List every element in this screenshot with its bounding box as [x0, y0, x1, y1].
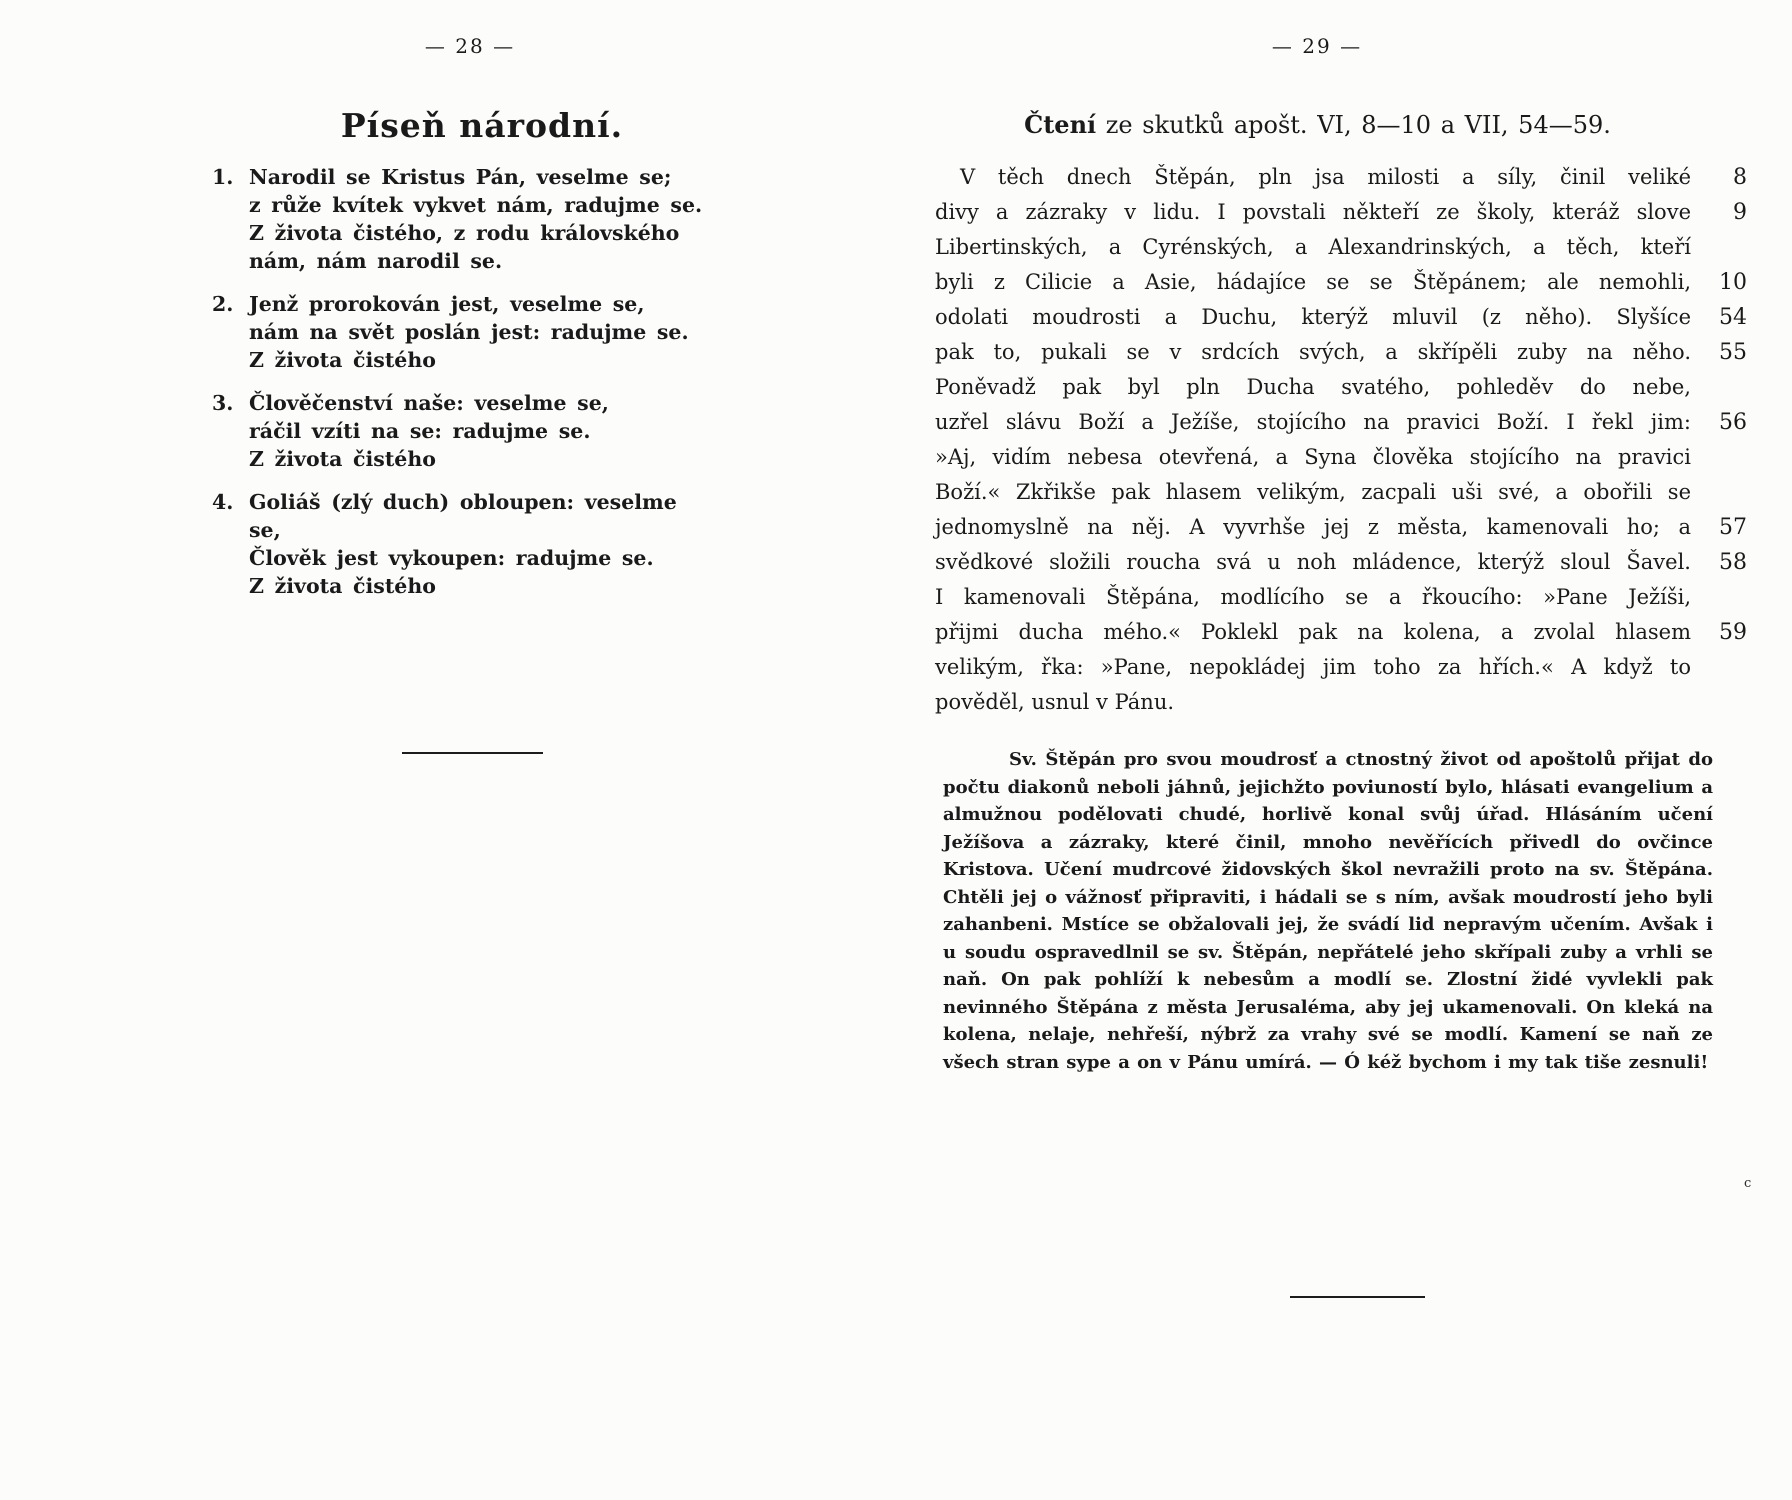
commentary-paragraph: Sv. Štěpán pro svou moudrosť a ctnostný …: [943, 746, 1713, 1076]
verse-ref-number: 55: [1697, 335, 1747, 370]
reading-line-text: Boží.« Zkřikše pak hlasem velikým, zacpa…: [935, 475, 1691, 510]
reading-line: pak to, pukali se v srdcích svých, a skř…: [935, 335, 1747, 370]
verse-ref-number: 54: [1697, 300, 1747, 335]
scripture-reading: V těch dnech Štěpán, pln jsa milosti a s…: [935, 160, 1747, 720]
reading-line: odolati moudrosti a Duchu, kterýž mluvil…: [935, 300, 1747, 335]
reading-line-text: Poněvadž pak byl pln Ducha svatého, pohl…: [935, 370, 1691, 405]
reading-heading-label: Čtení: [1024, 110, 1096, 139]
reading-line: jednomyslně na něj. A vyvrhše jej z měst…: [935, 510, 1747, 545]
reading-line-text: Libertinských, a Cyrénských, a Alexandri…: [935, 230, 1691, 265]
verse-ref-number: 8: [1697, 160, 1747, 195]
reading-line: Boží.« Zkřikše pak hlasem velikým, zacpa…: [935, 475, 1747, 510]
reading-line: »Aj, vidím nebesa otevřená, a Syna člově…: [935, 440, 1747, 475]
reading-line-text: pověděl, usnul v Pánu.: [935, 685, 1691, 720]
verse-ref-number: 10: [1697, 265, 1747, 300]
reading-line: pověděl, usnul v Pánu.: [935, 685, 1747, 720]
page-number-right: — 29 —: [1117, 34, 1517, 58]
verse-ref-number: 56: [1697, 405, 1747, 440]
reading-line: svědkové složili roucha svá u noh mláden…: [935, 545, 1747, 580]
verse-ref-number: 9: [1697, 195, 1747, 230]
reading-line: I kamenovali Štěpána, modlícího se a řko…: [935, 580, 1747, 615]
reading-line-text: V těch dnech Štěpán, pln jsa milosti a s…: [935, 160, 1691, 195]
reading-line-text: byli z Cilicie a Asie, hádajíce se se Št…: [935, 265, 1691, 300]
reading-line: divy a zázraky v lidu. I povstali někteř…: [935, 195, 1747, 230]
verse-ref-number: 59: [1697, 615, 1747, 650]
reading-line: velikým, řka: »Pane, nepokládej jim toho…: [935, 650, 1747, 685]
reading-line: přijmi ducha mého.« Poklekl pak na kolen…: [935, 615, 1747, 650]
reading-heading-reference: ze skutků apošt. VI, 8—10 a VII, 54—59.: [1106, 111, 1611, 139]
reading-line-text: uzřel slávu Boží a Ježíše, stojícího na …: [935, 405, 1691, 440]
verse-ref-number: 58: [1697, 545, 1747, 580]
reading-line-text: přijmi ducha mého.« Poklekl pak na kolen…: [935, 615, 1691, 650]
print-artifact: c: [1744, 1176, 1751, 1191]
reading-line-text: jednomyslně na něj. A vyvrhše jej z měst…: [935, 510, 1691, 545]
reading-heading: Čtení ze skutků apošt. VI, 8—10 a VII, 5…: [935, 110, 1700, 139]
reading-line: Poněvadž pak byl pln Ducha svatého, pohl…: [935, 370, 1747, 405]
reading-line-text: svědkové složili roucha svá u noh mláden…: [935, 545, 1691, 580]
section-divider: [1290, 1296, 1425, 1298]
reading-line: Libertinských, a Cyrénských, a Alexandri…: [935, 230, 1747, 265]
right-page: — 29 — Čtení ze skutků apošt. VI, 8—10 a…: [0, 0, 1792, 1500]
reading-line: V těch dnech Štěpán, pln jsa milosti a s…: [935, 160, 1747, 195]
reading-line-text: »Aj, vidím nebesa otevřená, a Syna člově…: [935, 440, 1691, 475]
reading-line-text: I kamenovali Štěpána, modlícího se a řko…: [935, 580, 1691, 615]
verse-ref-number: 57: [1697, 510, 1747, 545]
reading-line-text: odolati moudrosti a Duchu, kterýž mluvil…: [935, 300, 1691, 335]
reading-line-text: divy a zázraky v lidu. I povstali někteř…: [935, 195, 1691, 230]
reading-line: uzřel slávu Boží a Ježíše, stojícího na …: [935, 405, 1747, 440]
reading-line-text: pak to, pukali se v srdcích svých, a skř…: [935, 335, 1691, 370]
reading-line: byli z Cilicie a Asie, hádajíce se se Št…: [935, 265, 1747, 300]
reading-line-text: velikým, řka: »Pane, nepokládej jim toho…: [935, 650, 1691, 685]
